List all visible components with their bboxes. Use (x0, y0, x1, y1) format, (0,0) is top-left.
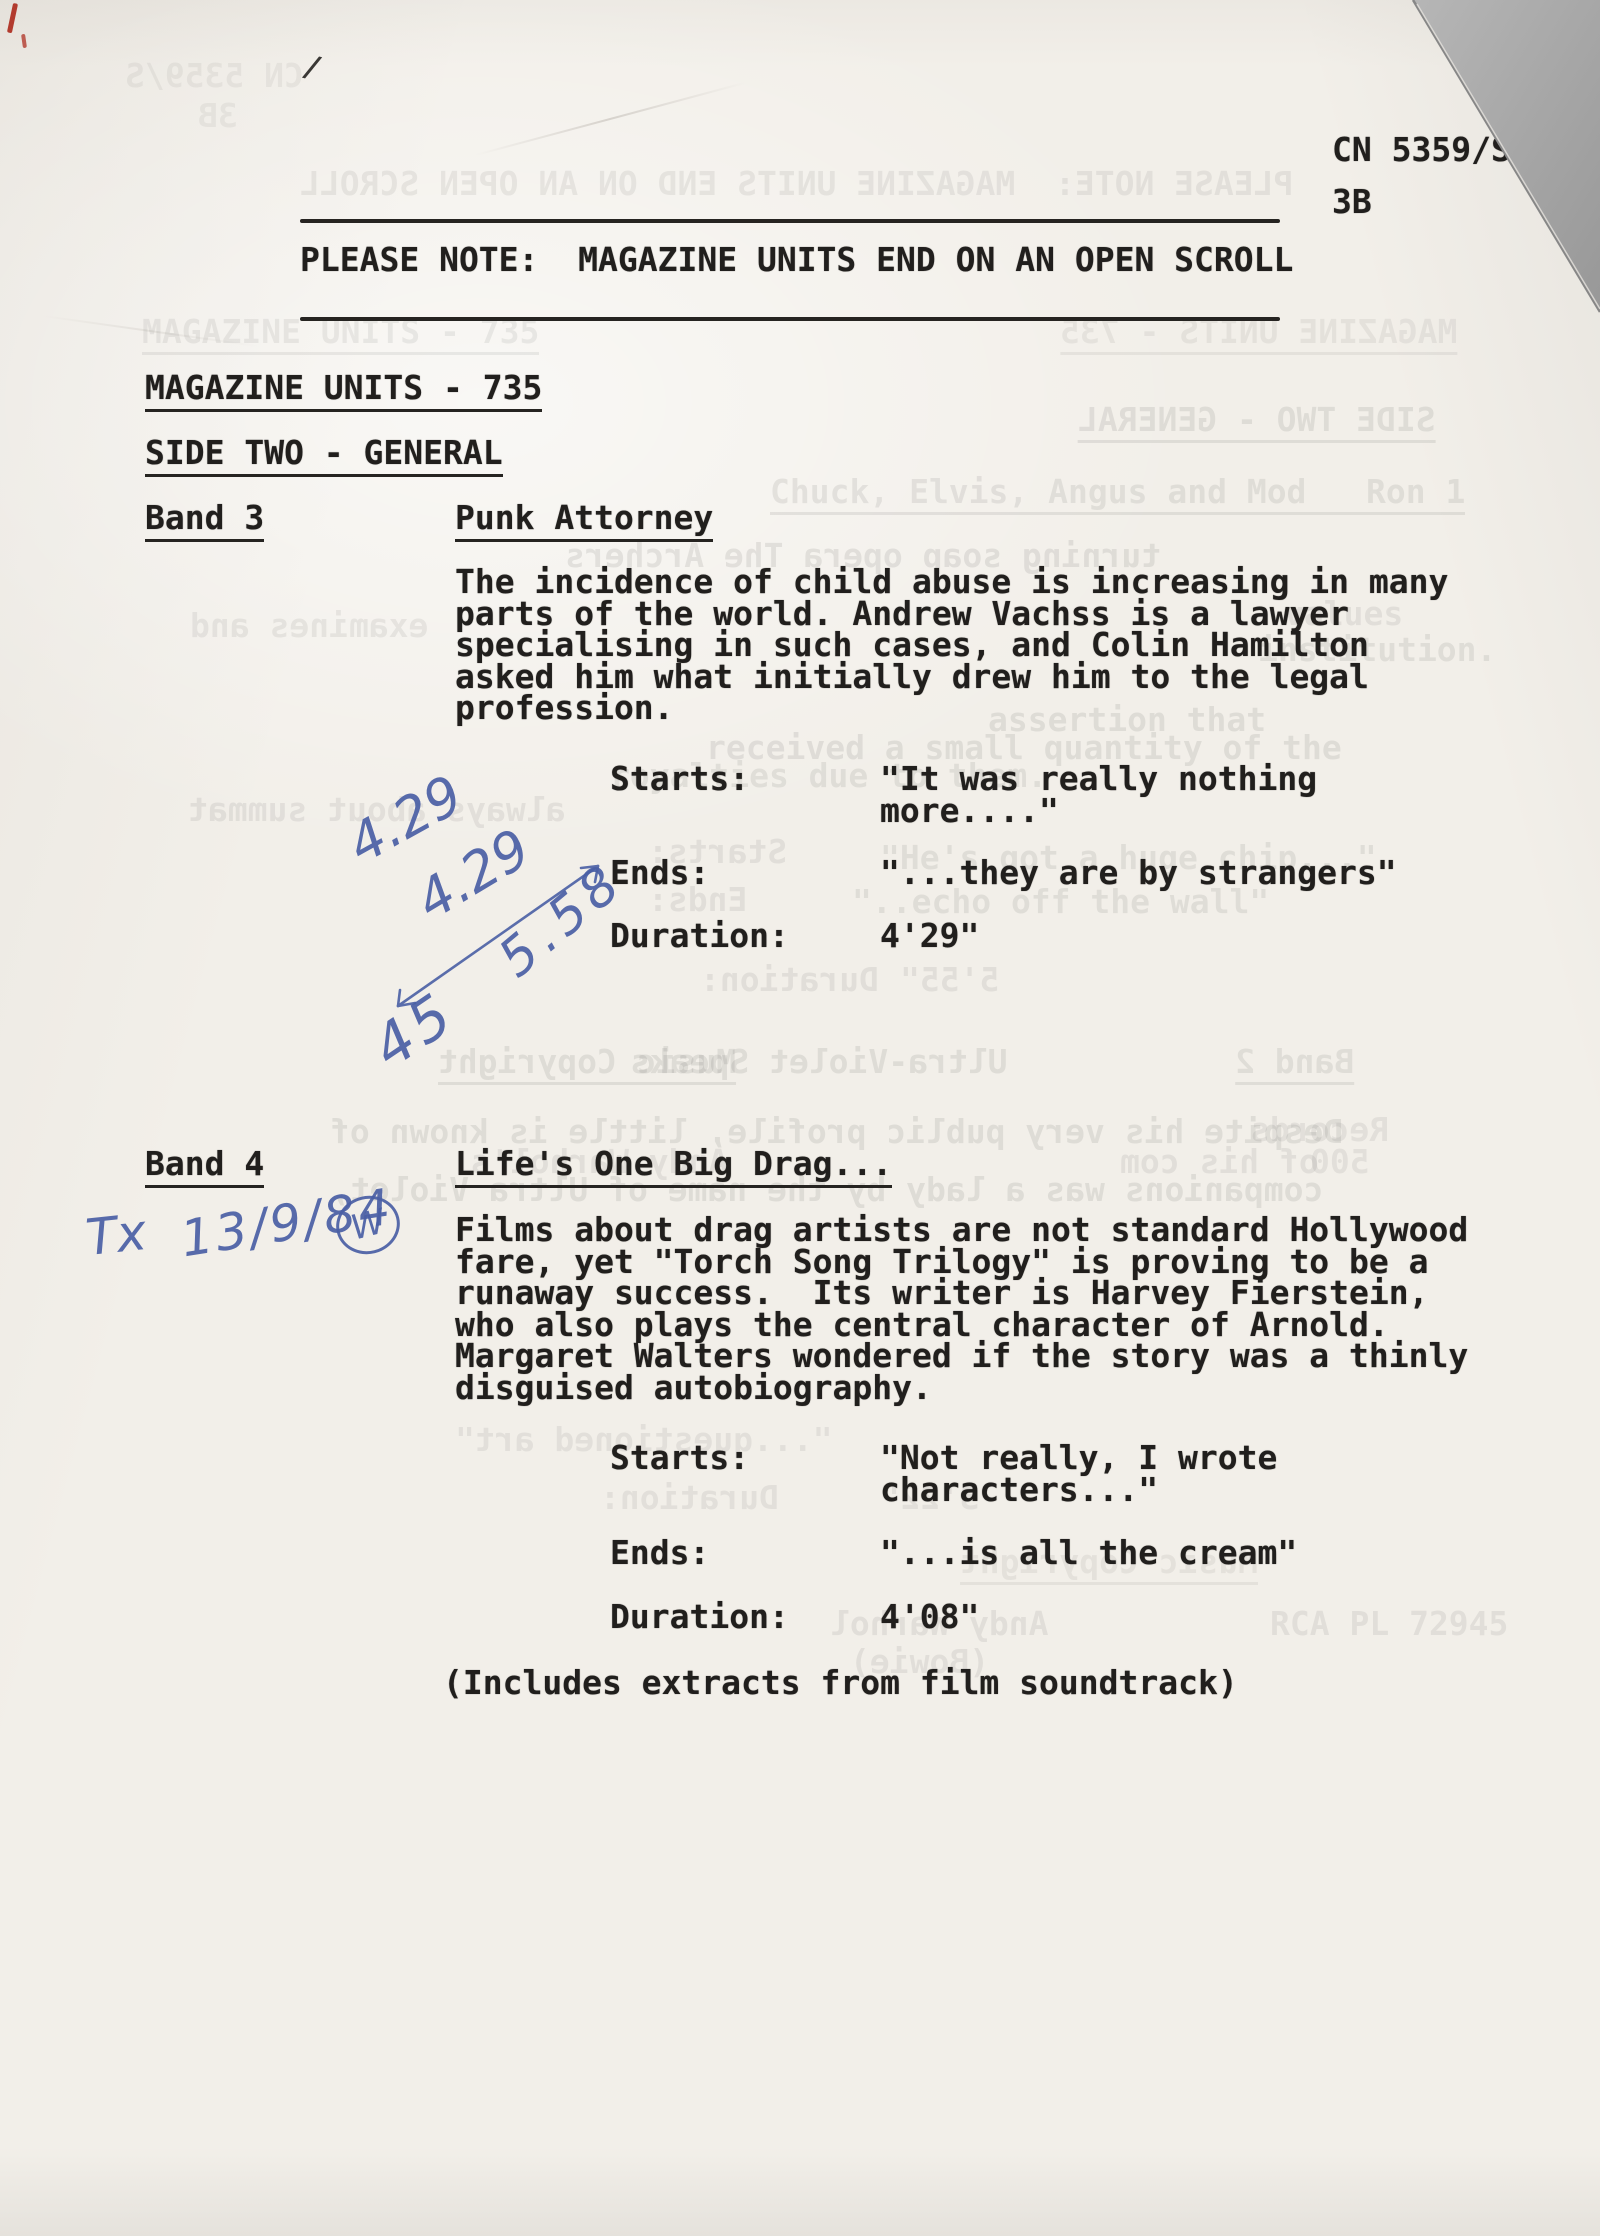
band3-duration-label: Duration: (610, 920, 789, 952)
notice-bottom-rule (300, 317, 1280, 321)
band4-duration-value: 4'08" (880, 1601, 979, 1633)
band3-starts-label: Starts: (610, 763, 749, 795)
page-subtitle: SIDE TWO - GENERAL (145, 437, 503, 477)
reference-code: CN 5359/S (1332, 134, 1511, 166)
bleed-through-text: Chuck, Elvis, Angus and Mod Ron 1 (770, 476, 1465, 515)
band4-label: Band 4 (145, 1148, 264, 1188)
bleed-through-text: RCA PL 72945 (1270, 1608, 1508, 1640)
band4-ends-value: "...is all the cream" (880, 1537, 1297, 1569)
band3-ends-value: "...they are by strangers" (880, 857, 1397, 889)
band4-duration-label: Duration: (610, 1601, 789, 1633)
band4-description: Films about drag artists are not standar… (455, 1214, 1468, 1403)
bleed-through-text: examines and (190, 610, 428, 642)
band3-duration-value: 4'29" (880, 920, 979, 952)
bleed-through-text: MAGAZINE UNITS - 735 (1060, 316, 1457, 355)
page-title: MAGAZINE UNITS - 735 (145, 372, 542, 412)
band4-title: Life's One Big Drag... (455, 1148, 892, 1188)
band4-starts-label: Starts: (610, 1442, 749, 1474)
notice-top-rule (300, 219, 1280, 223)
page-code: 3B (1332, 186, 1372, 218)
scanned-document: CN 5359/S3BPLEASE NOTE: MAGAZINE UNITS E… (0, 0, 1600, 2236)
bleed-through-text: MAGAZINE UNITS - 735 (142, 316, 539, 355)
band4-ends-label: Ends: (610, 1537, 709, 1569)
band3-description: The incidence of child abuse is increasi… (455, 566, 1448, 724)
bleed-through-text: SIDE TWO - GENERAL (1078, 404, 1436, 443)
band3-starts-value: "It was really nothing more...." (880, 763, 1317, 826)
bleed-through-text: PLEASE NOTE: MAGAZINE UNITS END ON AN OP… (300, 168, 1293, 200)
bleed-through-text: 5'55" (900, 964, 999, 996)
band3-title: Punk Attorney (455, 502, 713, 542)
bleed-through-text: Band 2 (1235, 1046, 1354, 1085)
bleed-through-text: Ultra-Violet Speaks (630, 1046, 1008, 1078)
bleed-through-text: 3B (198, 100, 238, 132)
notice-line: PLEASE NOTE: MAGAZINE UNITS END ON AN OP… (300, 244, 1293, 276)
bleed-through-text: Duration: (700, 964, 879, 996)
bleed-through-text: Records (1250, 1114, 1389, 1146)
handwritten-tx-note: Tx (83, 1203, 149, 1267)
bleed-through-text: CN 5359/S (125, 60, 304, 92)
bleed-through-text: Duration: (600, 1482, 779, 1514)
band4-starts-value: "Not really, I wrote characters..." (880, 1442, 1277, 1505)
band3-label: Band 3 (145, 502, 264, 542)
soundtrack-note: (Includes extracts from film soundtrack) (443, 1667, 1238, 1699)
